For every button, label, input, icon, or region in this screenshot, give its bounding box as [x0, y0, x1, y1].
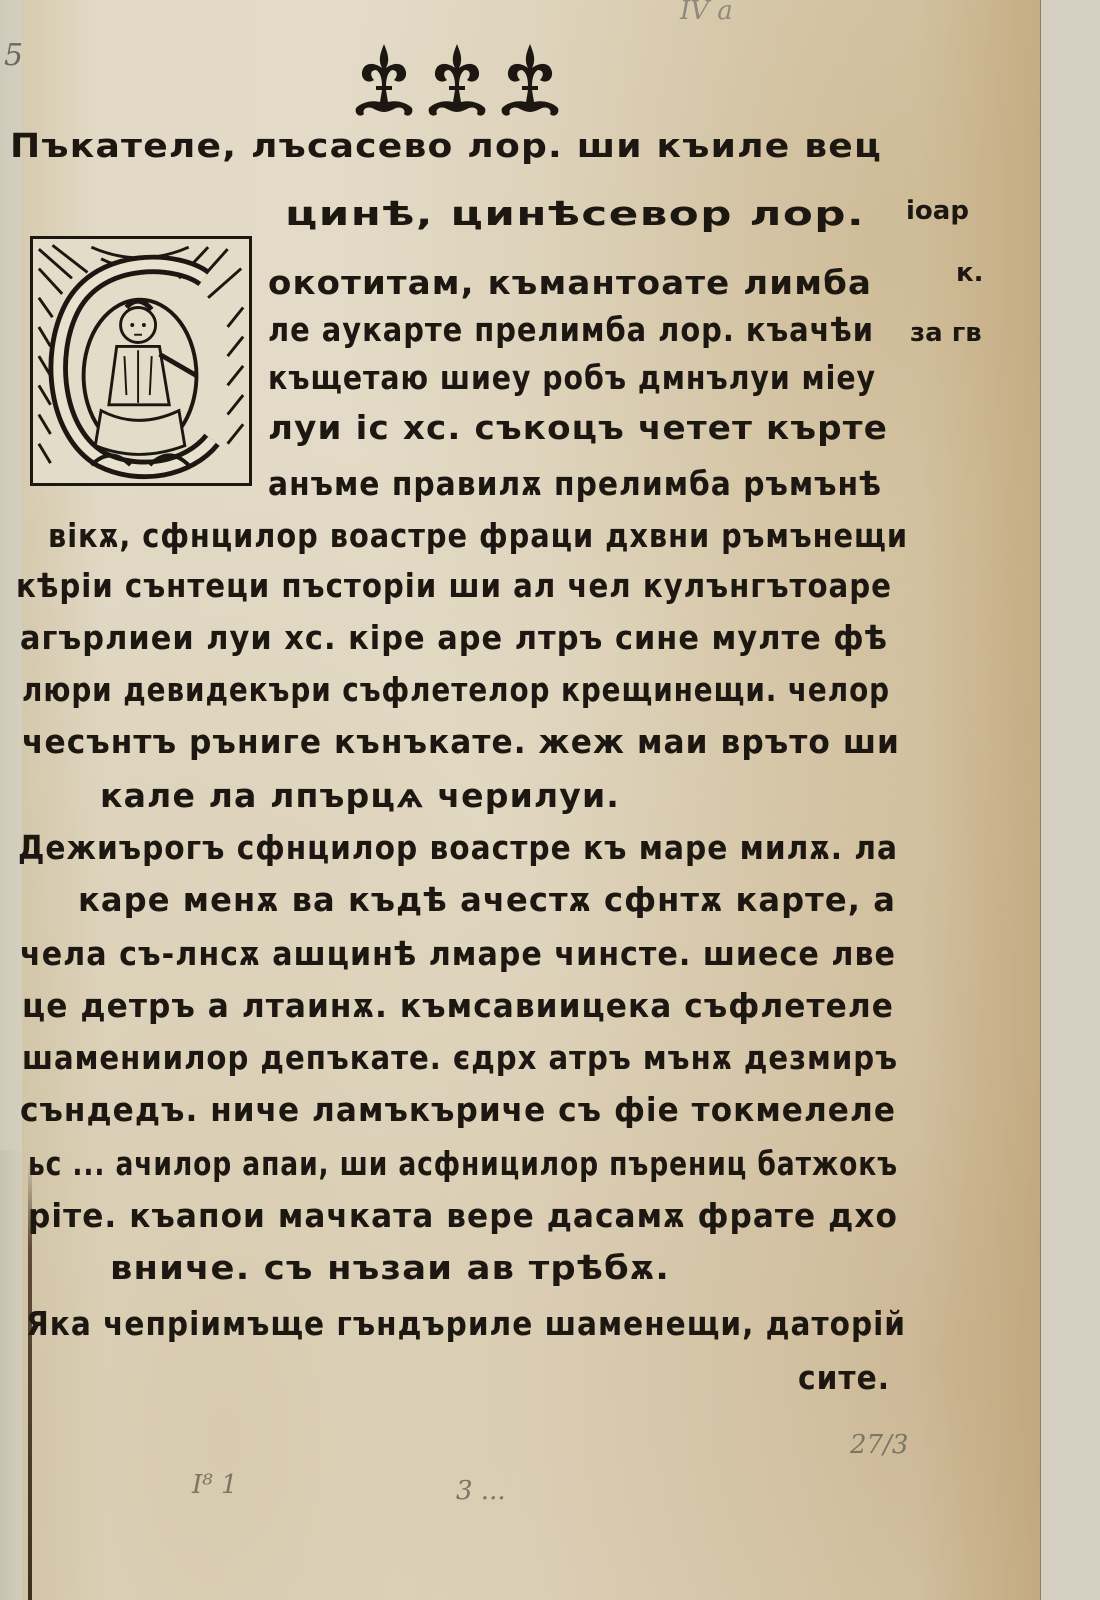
text-line: Дежиърогъ сфнцилор воастре къ маре милѫ.…	[18, 828, 898, 867]
text-line: агърлиеи луи хс. кіре аре лтръ сине мулт…	[20, 618, 888, 657]
text-line: шамениилор депъкате. єдрх атръ мънѫ дезм…	[22, 1038, 898, 1077]
text-line: къщетаю шиеу робъ дмнълуи міеу	[268, 358, 876, 397]
text-line: кѣріи сънтеци пъсторіи ши ал чел кулънгъ…	[16, 566, 892, 605]
text-line: анъме правилѫ прелимба ръмънѣ	[268, 464, 882, 503]
pencil-note: 27/3	[850, 1430, 908, 1460]
margin-note: за гв	[910, 318, 982, 348]
text-line: ріте. къапои мачката вере дасамѫ фрате д…	[28, 1196, 898, 1235]
text-line: сите.	[798, 1358, 890, 1397]
fleur-de-lis-icon	[498, 42, 562, 120]
margin-note: к.	[956, 258, 984, 288]
text-line: ле аукарте прелимба лор. къачѣи	[268, 310, 874, 349]
text-line: окотитам, къмантоате лимба	[268, 263, 872, 302]
margin-note: іоар	[906, 196, 969, 226]
top-pencil-note: IV a	[680, 0, 733, 26]
fleur-de-lis-icon	[425, 42, 489, 120]
headpiece-ornament	[352, 42, 562, 120]
text-line: вікѫ, сфнцилор воастре фраци дхвни ръмън…	[48, 516, 908, 555]
text-line: вниче. съ нъзаи ав трѣбѫ.	[110, 1248, 670, 1287]
fleur-de-lis-icon	[352, 42, 416, 120]
woodcut-initial-c	[30, 236, 252, 486]
text-line: чела съ-лнсѫ ашцинѣ лмаре чинсте. шиесе …	[20, 934, 896, 973]
text-line: чесънтъ ръниге кънъкате. жеж маи връто ш…	[22, 722, 900, 761]
text-line: ьс ... ачилор апаи, ши асфницилор пърени…	[28, 1144, 898, 1183]
text-line: съндедъ. ниче ламъкъриче съ фіе токмелел…	[20, 1090, 896, 1129]
pencil-note: 3 ...	[456, 1476, 506, 1506]
text-line: це детръ а лтаинѫ. къмсавиицека съфлетел…	[22, 986, 894, 1025]
folio-pencil-mark: 5	[4, 38, 23, 73]
text-line: Пъкателе, лъсасево лор. ши къиле вец	[10, 126, 882, 165]
text-line: кале ла лпърцѧ черилуи.	[100, 776, 620, 815]
text-line: каре менѫ ва къдѣ ачестѫ сфнтѫ карте, а	[78, 880, 896, 919]
text-line: луи іс хс. съкоцъ четет къpте	[268, 408, 888, 447]
text-line: люри девидекъри съфлетелор крещинещи. че…	[22, 670, 890, 709]
text-line: Яка чепріимъще гъндъриле шаменещи, датор…	[26, 1304, 906, 1343]
historiated-initial-icon	[33, 239, 249, 483]
pencil-note: I⁸ 1	[192, 1470, 238, 1500]
text-line: цинѣ, цинѣсевор лор.	[285, 194, 865, 233]
